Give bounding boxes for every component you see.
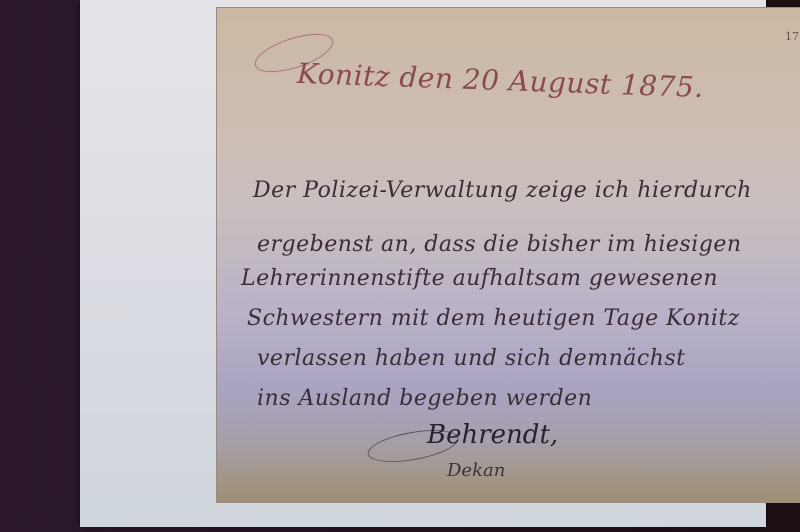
letter-line-3: Lehrerinnenstifte aufhaltsam gewesenen bbox=[241, 266, 718, 291]
letter-line-5: verlassen haben und sich demnächst bbox=[257, 346, 686, 371]
projection-screen: 17 Konitz den 20 August 1875. Der Polize… bbox=[80, 0, 766, 527]
letter-line-1: Der Polizei-Verwaltung zeige ich hierdur… bbox=[253, 178, 752, 203]
letter-line-6: ins Ausland begeben werden bbox=[257, 386, 592, 411]
scanned-letter: 17 Konitz den 20 August 1875. Der Polize… bbox=[216, 7, 800, 503]
letter-line-2: ergebenst an, dass die bisher im hiesige… bbox=[257, 232, 742, 257]
date-line: Konitz den 20 August 1875. bbox=[297, 57, 705, 104]
page-marker: 17 bbox=[785, 30, 799, 43]
room-background: 17 Konitz den 20 August 1875. Der Polize… bbox=[0, 0, 800, 532]
paper-stain bbox=[217, 442, 800, 502]
letter-line-4: Schwestern mit dem heutigen Tage Konitz bbox=[247, 306, 740, 331]
